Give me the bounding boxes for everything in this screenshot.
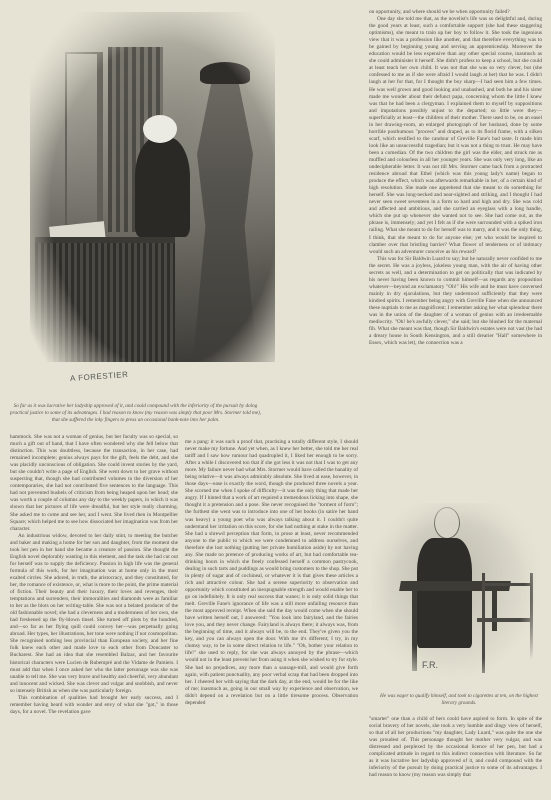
boy-figure bbox=[417, 538, 472, 648]
writing-desk bbox=[35, 237, 175, 362]
chair bbox=[482, 573, 533, 673]
paragraph: This combination of qualities had brough… bbox=[10, 695, 178, 716]
text-column-left: hammock. She was not a woman of genius, … bbox=[10, 434, 178, 716]
boy-head bbox=[434, 507, 460, 539]
standing-woman-figure bbox=[190, 67, 260, 357]
paragraph: me a pang: it was such a proof that, pra… bbox=[185, 439, 358, 707]
table-leg bbox=[412, 591, 417, 671]
hat bbox=[200, 62, 250, 84]
illustration-caption: He was eager to qualify himself, and too… bbox=[375, 693, 543, 707]
window-frame bbox=[65, 52, 103, 226]
illustration-boy-smoking bbox=[372, 503, 544, 683]
illustrator-signature: F.R. bbox=[422, 660, 438, 670]
text-column-middle: me a pang: it was such a proof that, pra… bbox=[185, 439, 358, 707]
illustrator-signature: A FORESTIER bbox=[70, 370, 129, 383]
paragraph: One day she told me that, as the novelis… bbox=[369, 16, 542, 256]
seated-woman-figure bbox=[135, 137, 190, 237]
text-column-right-bottom: "smarter" one than a child of hers could… bbox=[369, 716, 542, 779]
text-column-right-top: on opportunity, and where should we be w… bbox=[369, 9, 542, 347]
paragraph: hammock. She was not a woman of genius, … bbox=[10, 434, 178, 533]
illustration-caption: So far as it was lucrative her ladyship … bbox=[8, 403, 263, 424]
paragraph: This was for Sir Baldwin Luard to say; b… bbox=[369, 256, 542, 348]
paragraph: on opportunity, and where should we be w… bbox=[369, 9, 542, 16]
paragraph: An industrious widow, devoted to her dai… bbox=[10, 533, 178, 695]
paragraph: "smarter" one than a child of hers could… bbox=[369, 716, 542, 779]
illustration-women-at-desk bbox=[30, 12, 275, 362]
magazine-page: A FORESTIER So far as it was lucrative h… bbox=[0, 0, 551, 800]
